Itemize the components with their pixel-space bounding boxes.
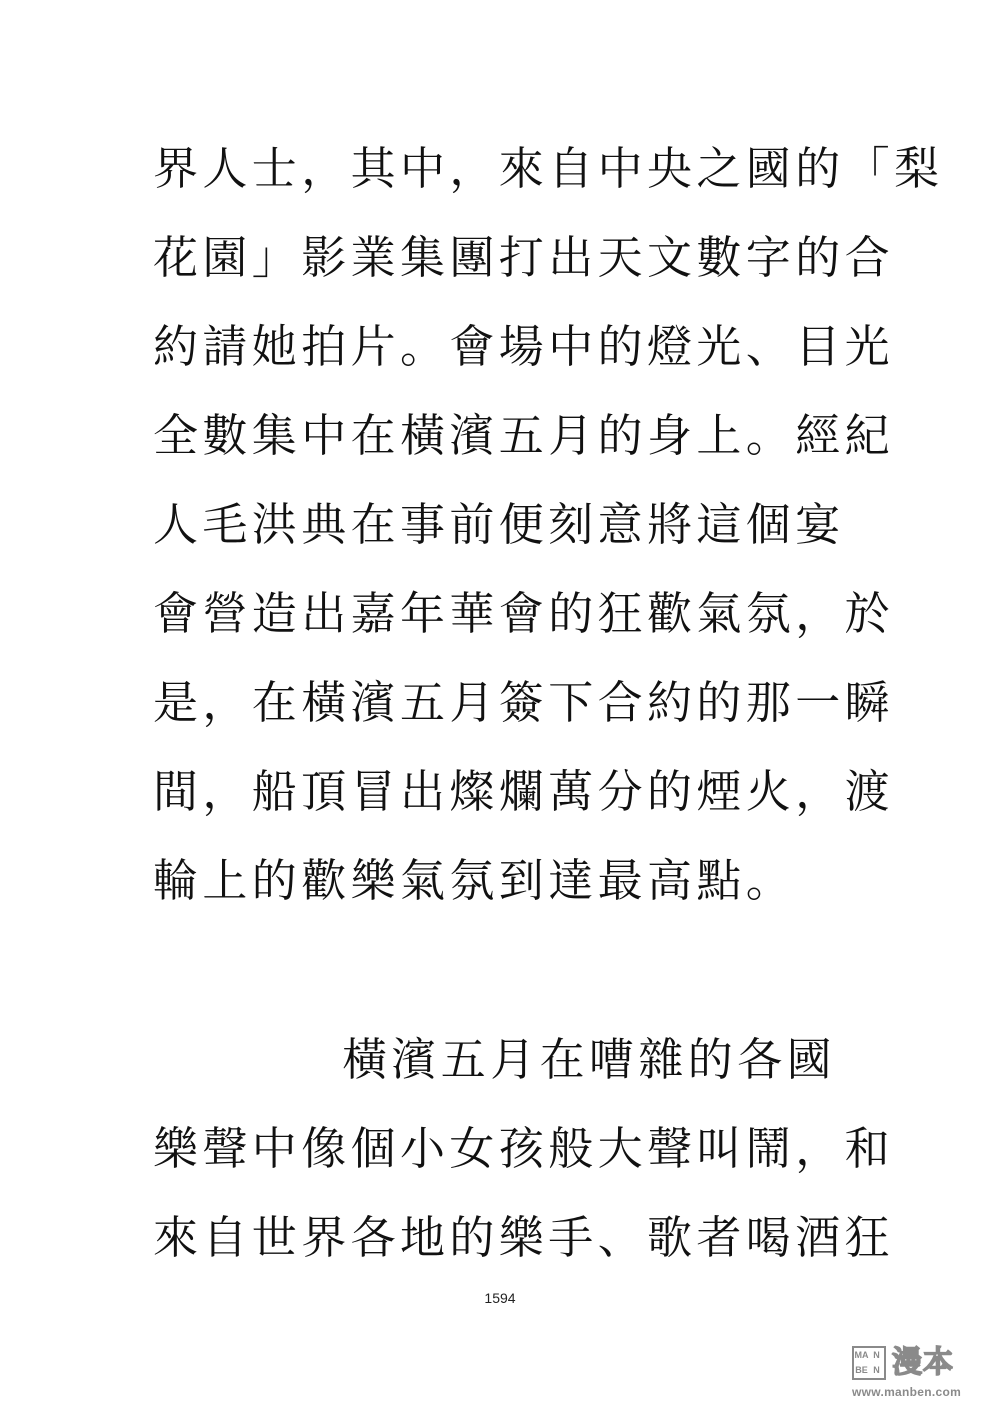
- logo-letter: BE: [854, 1363, 869, 1378]
- text-line: 間，船頂冒出燦爛萬分的煙火，渡: [153, 747, 853, 836]
- page-number: 1594: [0, 1290, 1000, 1306]
- text-line: 輪上的歡樂氣氛到達最高點。: [153, 836, 853, 925]
- text-line: 會營造出嘉年華會的狂歡氣氛，於: [153, 569, 853, 658]
- body-text: 界人士，其中，來自中央之國的「梨 花園」影業集團打出天文數字的合 約請她拍片。會…: [153, 124, 853, 1282]
- logo-letter: MA: [854, 1348, 869, 1363]
- watermark-url: www.manben.com: [852, 1385, 992, 1399]
- document-page: 界人士，其中，來自中央之國的「梨 花園」影業集團打出天文數字的合 約請她拍片。會…: [0, 0, 1000, 1414]
- watermark-brand: 漫本: [892, 1345, 954, 1381]
- text-line: 花園」影業集團打出天文數字的合: [153, 213, 853, 302]
- text-line: 人毛洪典在事前便刻意將這個宴: [153, 480, 853, 569]
- paragraph-gap: [153, 925, 853, 1015]
- logo-letter: N: [869, 1348, 884, 1363]
- text-line: 是，在橫濱五月簽下合約的那一瞬: [153, 658, 853, 747]
- watermark-logo: MA N BE N 漫本: [852, 1343, 992, 1383]
- manben-watermark: MA N BE N 漫本 www.manben.com: [852, 1343, 992, 1403]
- text-line: 全數集中在橫濱五月的身上。經紀: [153, 391, 853, 480]
- manben-logo-icon: MA N BE N: [852, 1346, 886, 1380]
- text-line: 約請她拍片。會場中的燈光、目光: [153, 302, 853, 391]
- paragraph-2: 橫濱五月在嘈雜的各國 樂聲中像個小女孩般大聲叫鬧，和 來自世界各地的樂手、歌者喝…: [153, 1015, 853, 1282]
- text-line-indented: 橫濱五月在嘈雜的各國: [153, 1015, 853, 1104]
- text-line: 來自世界各地的樂手、歌者喝酒狂: [153, 1193, 853, 1282]
- text-line: 界人士，其中，來自中央之國的「梨: [153, 124, 853, 213]
- paragraph-1: 界人士，其中，來自中央之國的「梨 花園」影業集團打出天文數字的合 約請她拍片。會…: [153, 124, 853, 925]
- text-line: 樂聲中像個小女孩般大聲叫鬧，和: [153, 1104, 853, 1193]
- logo-letter: N: [869, 1363, 884, 1378]
